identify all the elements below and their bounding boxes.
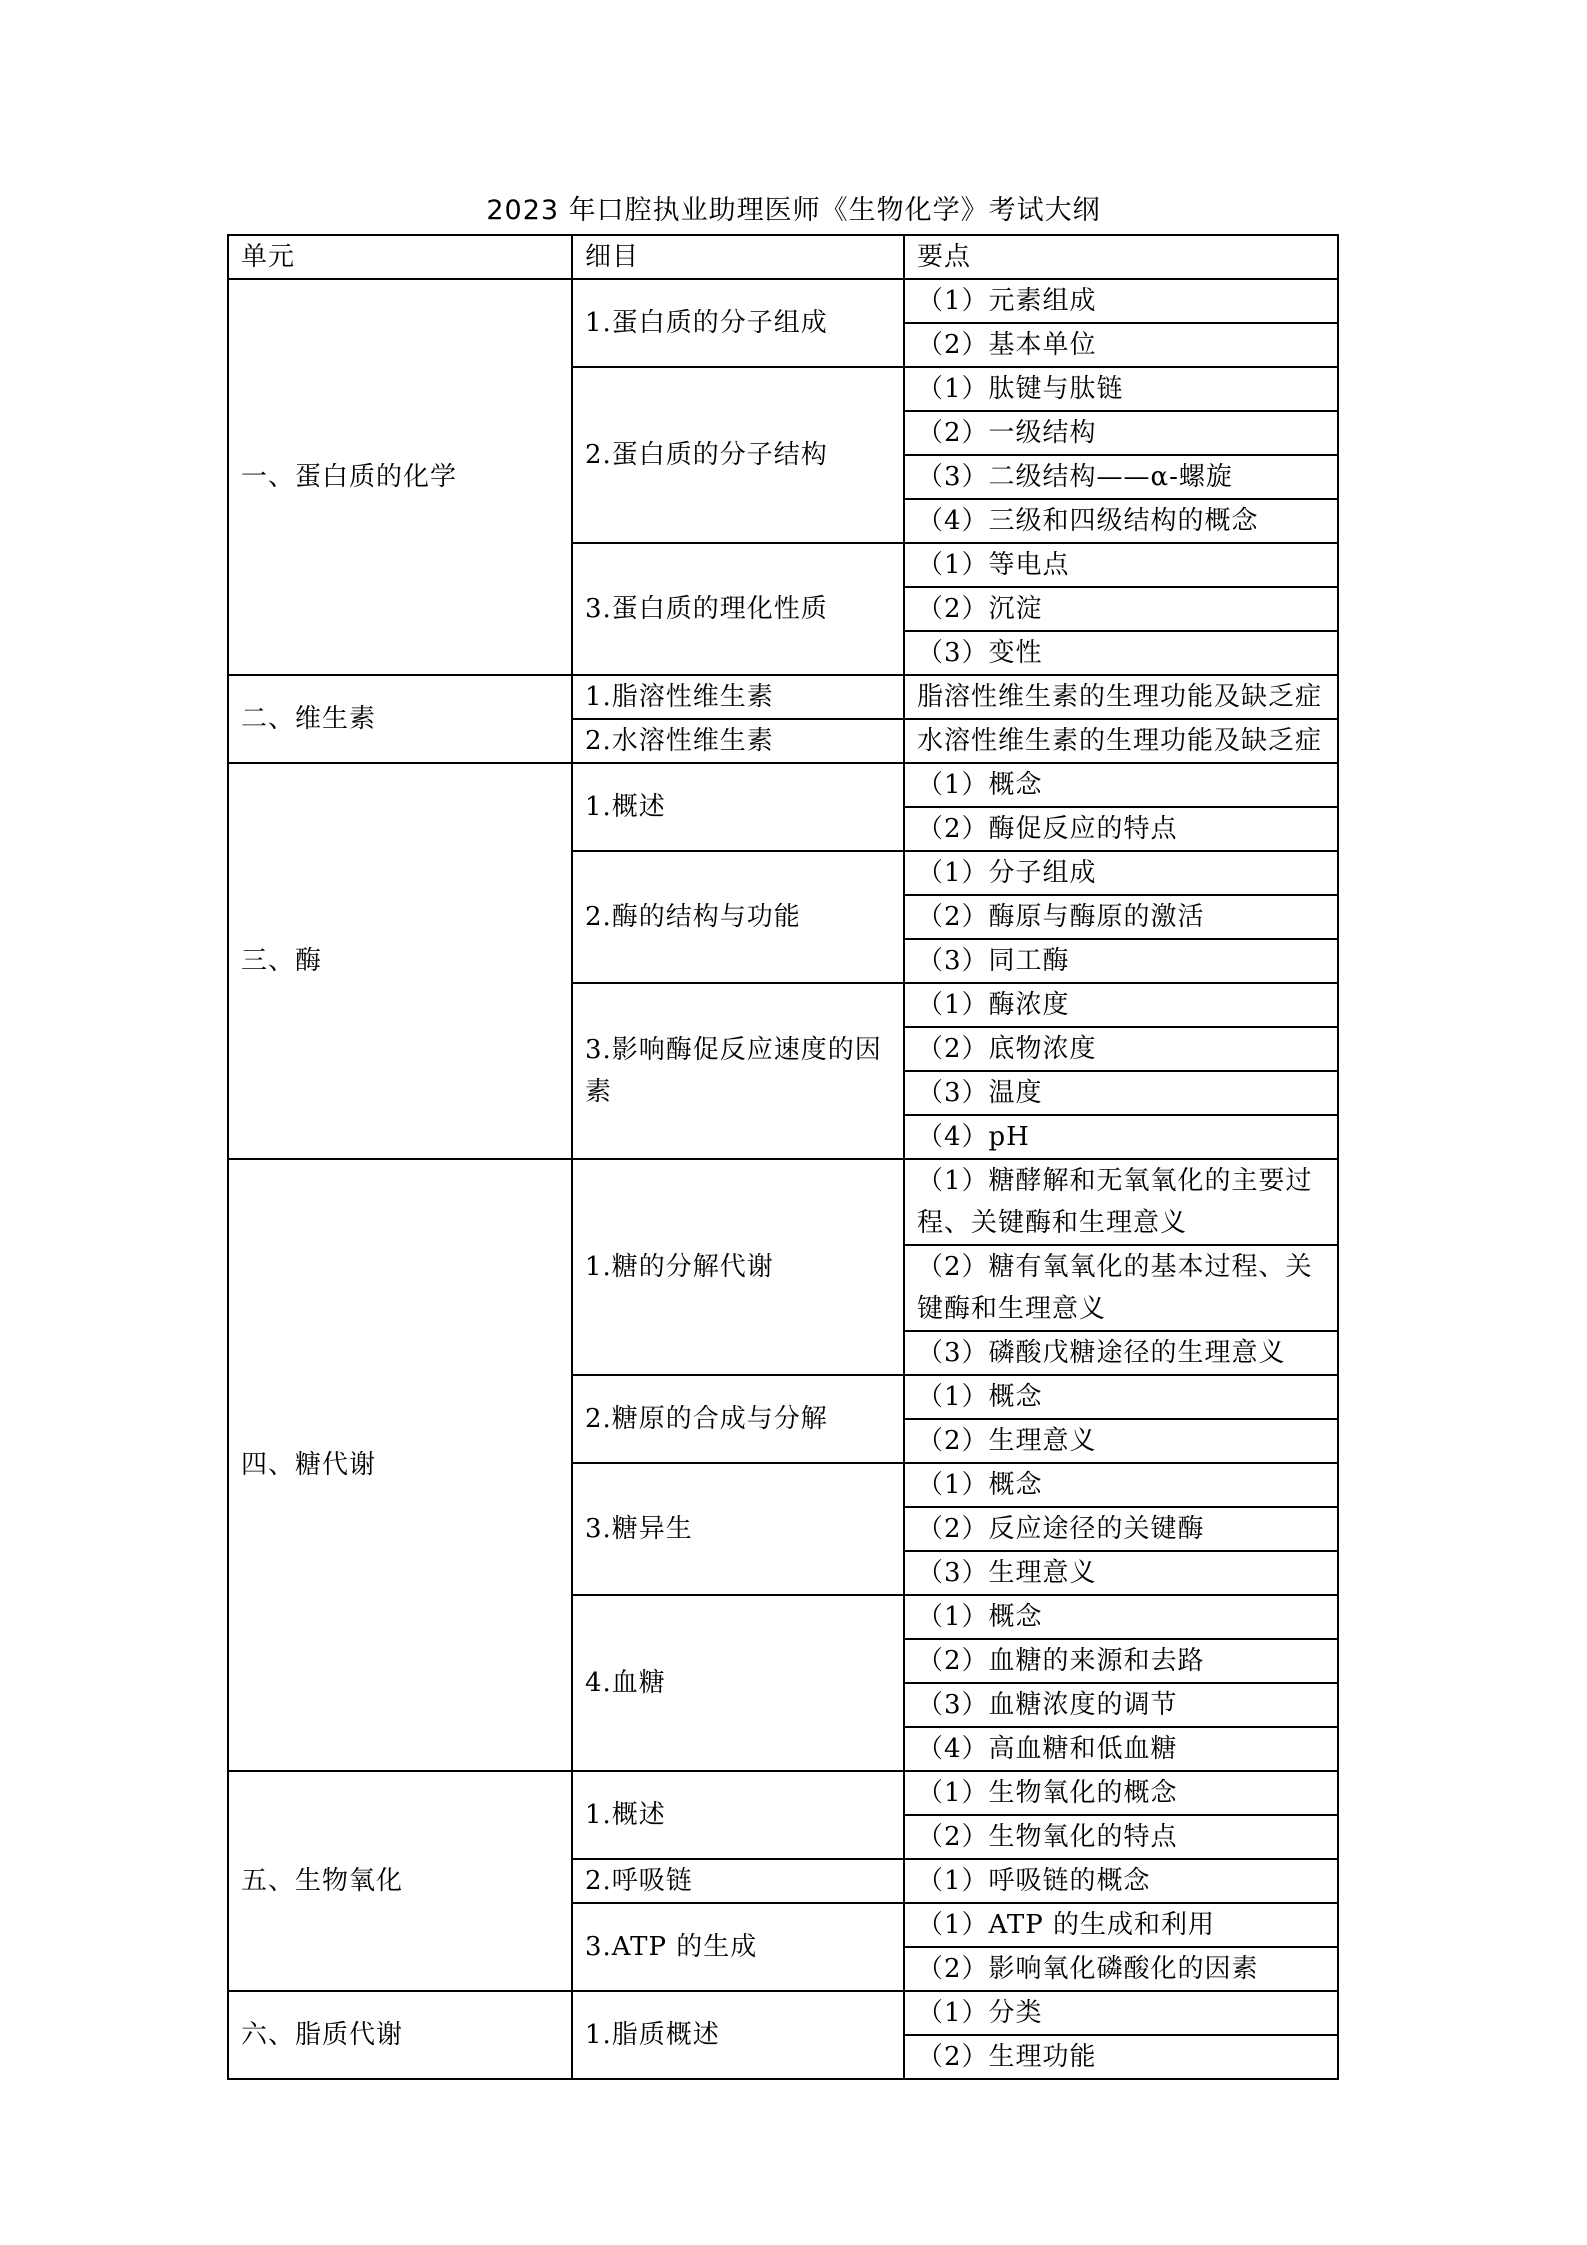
unit-cell: 四、糖代谢 (228, 1159, 572, 1771)
point-cell: （1）等电点 (904, 543, 1338, 587)
item-cell: 3.ATP 的生成 (572, 1903, 904, 1991)
header-point: 要点 (904, 235, 1338, 279)
point-cell: （2）影响氧化磷酸化的因素 (904, 1947, 1338, 1991)
unit-cell: 二、维生素 (228, 675, 572, 763)
point-cell: （2）糖有氧氧化的基本过程、关键酶和生理意义 (904, 1245, 1338, 1331)
point-cell: 脂溶性维生素的生理功能及缺乏症 (904, 675, 1338, 719)
table-row: 一、蛋白质的化学 1.蛋白质的分子组成 （1）元素组成 (228, 279, 1338, 323)
item-cell: 1.脂溶性维生素 (572, 675, 904, 719)
item-cell: 1.蛋白质的分子组成 (572, 279, 904, 367)
exam-outline-table: 单元 细目 要点 一、蛋白质的化学 1.蛋白质的分子组成 （1）元素组成 （2）… (227, 234, 1339, 2080)
point-cell: （1）呼吸链的概念 (904, 1859, 1338, 1903)
point-cell: 水溶性维生素的生理功能及缺乏症 (904, 719, 1338, 763)
point-cell: （3）生理意义 (904, 1551, 1338, 1595)
item-cell: 3.蛋白质的理化性质 (572, 543, 904, 675)
document-title: 2023 年口腔执业助理医师《生物化学》考试大纲 (0, 193, 1587, 229)
point-cell: （1）概念 (904, 1463, 1338, 1507)
point-cell: （2）酶原与酶原的激活 (904, 895, 1338, 939)
unit-cell: 一、蛋白质的化学 (228, 279, 572, 675)
item-cell: 2.水溶性维生素 (572, 719, 904, 763)
point-cell: （3）变性 (904, 631, 1338, 675)
table-header-row: 单元 细目 要点 (228, 235, 1338, 279)
point-cell: （1）ATP 的生成和利用 (904, 1903, 1338, 1947)
point-cell: （3）血糖浓度的调节 (904, 1683, 1338, 1727)
point-cell: （2）一级结构 (904, 411, 1338, 455)
point-cell: （3）同工酶 (904, 939, 1338, 983)
point-cell: （4）pH (904, 1115, 1338, 1159)
point-cell: （1）元素组成 (904, 279, 1338, 323)
point-cell: （2）生物氧化的特点 (904, 1815, 1338, 1859)
table-row: 三、酶 1.概述 （1）概念 (228, 763, 1338, 807)
table-row: 六、脂质代谢 1.脂质概述 （1）分类 (228, 1991, 1338, 2035)
item-cell: 4.血糖 (572, 1595, 904, 1771)
point-cell: （2）反应途径的关键酶 (904, 1507, 1338, 1551)
item-cell: 1.糖的分解代谢 (572, 1159, 904, 1375)
point-cell: （3）温度 (904, 1071, 1338, 1115)
table-row: 五、生物氧化 1.概述 （1）生物氧化的概念 (228, 1771, 1338, 1815)
point-cell: （1）概念 (904, 1595, 1338, 1639)
point-cell: （1）分子组成 (904, 851, 1338, 895)
header-item: 细目 (572, 235, 904, 279)
point-cell: （1）概念 (904, 1375, 1338, 1419)
item-cell: 1.脂质概述 (572, 1991, 904, 2079)
header-unit: 单元 (228, 235, 572, 279)
point-cell: （3）二级结构——α-螺旋 (904, 455, 1338, 499)
point-cell: （1）糖酵解和无氧氧化的主要过程、关键酶和生理意义 (904, 1159, 1338, 1245)
point-cell: （4）三级和四级结构的概念 (904, 499, 1338, 543)
point-cell: （1）酶浓度 (904, 983, 1338, 1027)
item-cell: 2.酶的结构与功能 (572, 851, 904, 983)
item-cell: 3.糖异生 (572, 1463, 904, 1595)
point-cell: （2）生理意义 (904, 1419, 1338, 1463)
point-cell: （1）分类 (904, 1991, 1338, 2035)
point-cell: （2）酶促反应的特点 (904, 807, 1338, 851)
point-cell: （2）沉淀 (904, 587, 1338, 631)
item-cell: 2.蛋白质的分子结构 (572, 367, 904, 543)
point-cell: （1）生物氧化的概念 (904, 1771, 1338, 1815)
item-cell: 3.影响酶促反应速度的因素 (572, 983, 904, 1159)
item-cell: 2.呼吸链 (572, 1859, 904, 1903)
unit-cell: 三、酶 (228, 763, 572, 1159)
unit-cell: 六、脂质代谢 (228, 1991, 572, 2079)
unit-cell: 五、生物氧化 (228, 1771, 572, 1991)
point-cell: （2）血糖的来源和去路 (904, 1639, 1338, 1683)
point-cell: （1）概念 (904, 763, 1338, 807)
table-row: 二、维生素 1.脂溶性维生素 脂溶性维生素的生理功能及缺乏症 (228, 675, 1338, 719)
point-cell: （3）磷酸戊糖途径的生理意义 (904, 1331, 1338, 1375)
point-cell: （2）基本单位 (904, 323, 1338, 367)
point-cell: （1）肽键与肽链 (904, 367, 1338, 411)
item-cell: 1.概述 (572, 763, 904, 851)
point-cell: （4）高血糖和低血糖 (904, 1727, 1338, 1771)
table-row: 四、糖代谢 1.糖的分解代谢 （1）糖酵解和无氧氧化的主要过程、关键酶和生理意义 (228, 1159, 1338, 1245)
point-cell: （2）生理功能 (904, 2035, 1338, 2079)
point-cell: （2）底物浓度 (904, 1027, 1338, 1071)
item-cell: 1.概述 (572, 1771, 904, 1859)
item-cell: 2.糖原的合成与分解 (572, 1375, 904, 1463)
